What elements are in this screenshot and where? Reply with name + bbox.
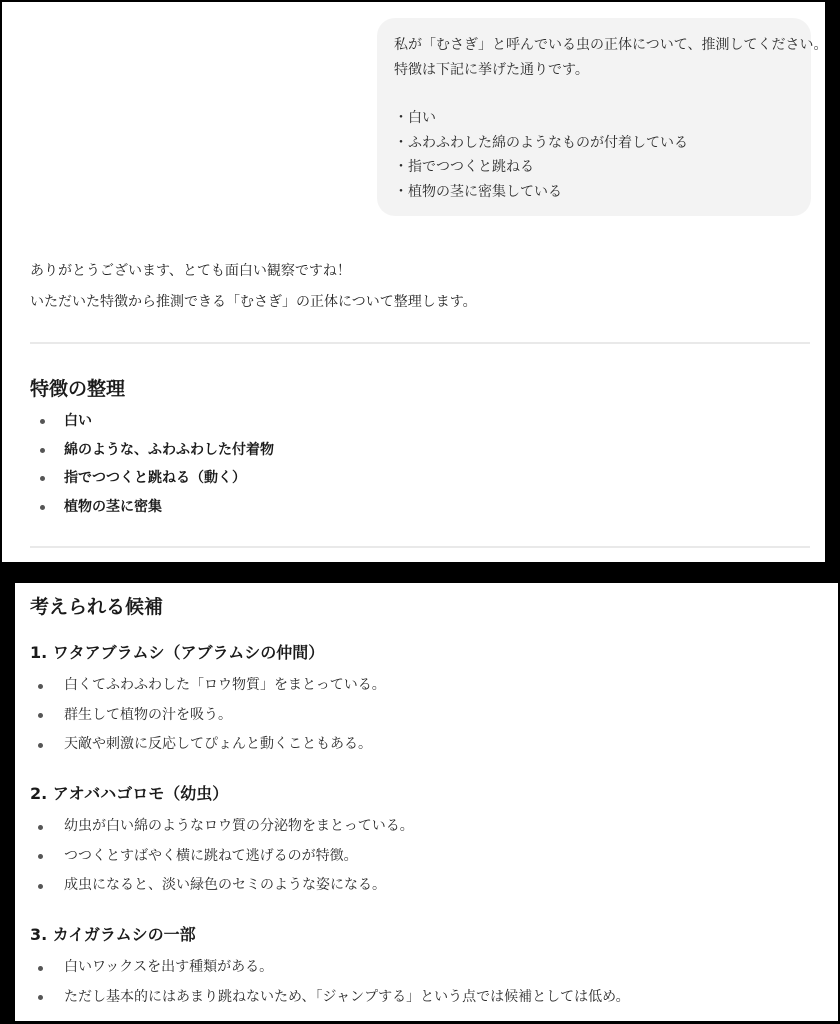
bullet-icon: [38, 854, 43, 859]
list-item: 天敵や刺激に反応してぴょんと動くこともある。: [38, 730, 386, 760]
list-item: 群生して植物の汁を吸う。: [38, 701, 386, 731]
candidates-heading: 考えられる候補: [30, 592, 163, 619]
candidate-title: 2. アオバハゴロモ（幼虫）: [30, 781, 228, 804]
bullet-icon: [40, 419, 45, 424]
list-item: 成虫になると、淡い緑色のセミのような姿になる。: [38, 871, 414, 901]
features-heading: 特徴の整理: [30, 374, 125, 401]
list-item: ただし基本的にはあまり跳ねないため、「ジャンプする」という点では候補としては低め…: [38, 983, 630, 1013]
list-item: 綿のような、ふわふわした付着物: [40, 436, 274, 465]
user-message-bullet: ・指でつつくと跳ねる: [394, 155, 795, 180]
list-item: 白くてふわふわした「ロウ物質」をまとっている。: [38, 671, 386, 701]
candidate-title: 1. ワタアブラムシ（アブラムシの仲間）: [30, 640, 324, 663]
user-message-bullet: ・白い: [394, 106, 795, 131]
bullet-icon: [38, 884, 43, 889]
bullet-icon: [40, 448, 45, 453]
chat-panel-top: 私が「むさぎ」と呼んでいる虫の正体について、推測してください。 特徴は下記に挙げ…: [2, 2, 825, 562]
section-divider: [30, 342, 810, 344]
user-message-bubble: 私が「むさぎ」と呼んでいる虫の正体について、推測してください。 特徴は下記に挙げ…: [377, 18, 811, 216]
candidate-points: 白いワックスを出す種類がある。 ただし基本的にはあまり跳ねないため、「ジャンプす…: [38, 953, 630, 1012]
candidate-points: 白くてふわふわした「ロウ物質」をまとっている。 群生して植物の汁を吸う。 天敵や…: [38, 671, 386, 760]
bullet-icon: [38, 713, 43, 718]
list-item: 幼虫が白い綿のようなロウ質の分泌物をまとっている。: [38, 812, 414, 842]
list-item: 白い: [40, 407, 274, 436]
bullet-icon: [38, 966, 43, 971]
features-list: 白い 綿のような、ふわふわした付着物 指でつつくと跳ねる（動く） 植物の茎に密集: [40, 407, 274, 521]
user-message-bullet: ・植物の茎に密集している: [394, 180, 795, 205]
candidate-title: 3. カイガラムシの一部: [30, 922, 196, 945]
list-item: 植物の茎に密集: [40, 493, 274, 522]
bullet-icon: [40, 476, 45, 481]
candidate-points: 幼虫が白い綿のようなロウ質の分泌物をまとっている。 つつくとすばやく横に跳ねて逃…: [38, 812, 414, 901]
bullet-icon: [38, 995, 43, 1000]
assistant-intro-line: いただいた特徴から推測できる「むさぎ」の正体について整理します。: [30, 291, 477, 311]
list-item: 白いワックスを出す種類がある。: [38, 953, 630, 983]
bullet-icon: [40, 505, 45, 510]
user-message-line: 特徴は下記に挙げた通りです。: [394, 58, 795, 83]
list-item: 指でつつくと跳ねる（動く）: [40, 464, 274, 493]
bullet-icon: [38, 743, 43, 748]
bullet-icon: [38, 684, 43, 689]
section-divider: [30, 546, 810, 548]
assistant-intro-line: ありがとうございます、とても面白い観察ですね！: [30, 260, 351, 280]
bullet-icon: [38, 825, 43, 830]
user-message-line: 私が「むさぎ」と呼んでいる虫の正体について、推測してください。: [394, 33, 795, 58]
chat-panel-bottom: 考えられる候補 1. ワタアブラムシ（アブラムシの仲間） 白くてふわふわした「ロ…: [15, 583, 838, 1021]
list-item: つつくとすばやく横に跳ねて逃げるのが特徴。: [38, 842, 414, 872]
user-message-bullet: ・ふわふわした綿のようなものが付着している: [394, 131, 795, 156]
